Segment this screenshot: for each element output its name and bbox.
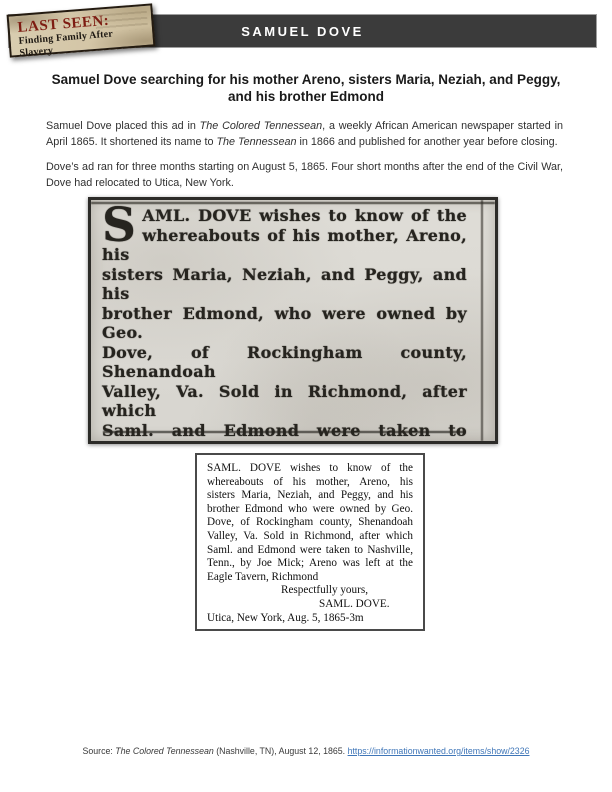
intro-p1-text: in 1866 and published for another year b… bbox=[297, 136, 558, 148]
transcription-line: SAML. DOVE wishes to know of the bbox=[207, 462, 413, 476]
clipping-column-rule bbox=[481, 200, 483, 441]
transcription-box: SAML. DOVE wishes to know of thewhereabo… bbox=[195, 453, 425, 631]
clipping-drop-cap: S bbox=[102, 206, 142, 243]
transcription-lines: SAML. DOVE wishes to know of thewhereabo… bbox=[207, 462, 413, 571]
intro-p1-text: Samuel Dove placed this ad in bbox=[46, 120, 200, 132]
newspaper-name-italic: The Tennessean bbox=[216, 136, 296, 148]
intro-paragraph-1: Samuel Dove placed this ad in The Colore… bbox=[46, 119, 563, 150]
last-seen-logo: LAST SEEN: Finding Family After Slavery bbox=[7, 3, 156, 57]
clipping-line: Valley, Va. Sold in Richmond, after whic… bbox=[102, 382, 467, 421]
clipping-text: S AML. DOVE wishes to know of the wherea… bbox=[102, 206, 467, 444]
transcription-signature-line: SAML. DOVE. bbox=[207, 598, 413, 612]
clipping-line: Dove, of Rockingham county, Shenandoah bbox=[102, 343, 467, 382]
clipping-top-rule bbox=[91, 202, 495, 204]
newspaper-clipping-image: S AML. DOVE wishes to know of the wherea… bbox=[88, 197, 498, 444]
source-footer: Source: The Colored Tennessean (Nashvill… bbox=[0, 746, 612, 756]
banner-title: SAMUEL DOVE bbox=[241, 24, 364, 39]
source-citation-text: (Nashville, TN), August 12, 1865. bbox=[214, 746, 348, 756]
clipping-lines: whereabouts of his mother, Areno, hissis… bbox=[102, 226, 467, 445]
transcription-line: Tenn., by Joe Mick; Areno was left at th… bbox=[207, 557, 413, 571]
source-newspaper-italic: The Colored Tennessean bbox=[115, 746, 213, 756]
transcription-line: Dove, of Rockingham county, Shenandoah bbox=[207, 516, 413, 530]
clipping-line: sisters Maria, Neziah, and Peggy, and hi… bbox=[102, 265, 467, 304]
source-label: Source: bbox=[83, 746, 116, 756]
transcription-line: Valley, Va. Sold in Richmond, after whic… bbox=[207, 530, 413, 544]
document-page: SAMUEL DOVE LAST SEEN: Finding Family Af… bbox=[0, 0, 612, 792]
transcription-dateline: Utica, New York, Aug. 5, 1865-3m bbox=[207, 612, 413, 626]
source-link[interactable]: https://informationwanted.org/items/show… bbox=[348, 746, 530, 756]
clipping-line: brother Edmond, who were owned by Geo. bbox=[102, 304, 467, 343]
clipping-line: Saml. and Edmond were taken to Nashville… bbox=[102, 421, 467, 445]
transcription-line: Eagle Tavern, Richmond bbox=[207, 571, 413, 585]
newspaper-name-italic: The Colored Tennessean bbox=[200, 120, 322, 132]
clipping-line: AML. DOVE wishes to know of the bbox=[102, 206, 467, 226]
transcription-line: brother Edmond who were owned by Geo. bbox=[207, 503, 413, 517]
intro-paragraph-2: Dove’s ad ran for three months starting … bbox=[46, 160, 563, 191]
transcription-closing-line: Respectfully yours, bbox=[207, 584, 413, 598]
clipping-line: whereabouts of his mother, Areno, his bbox=[102, 226, 467, 265]
transcription-line: Saml. and Edmond were taken to Nashville… bbox=[207, 544, 413, 558]
page-title: Samuel Dove searching for his mother Are… bbox=[45, 72, 567, 105]
transcription-line: sisters Maria, Neziah, and Peggy, and hi… bbox=[207, 489, 413, 503]
transcription-line: whereabouts of his mother, Areno, his bbox=[207, 476, 413, 490]
